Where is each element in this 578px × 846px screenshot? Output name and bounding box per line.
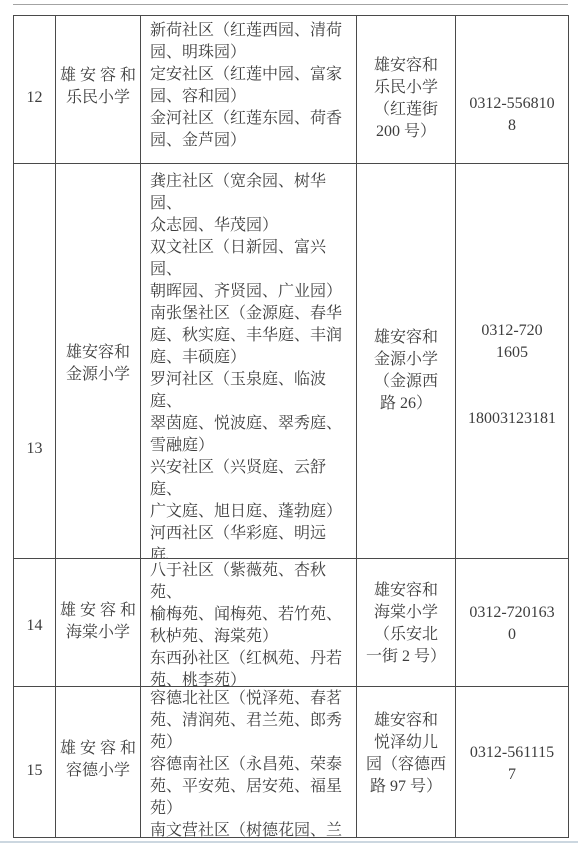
serial-cell: 13 xyxy=(14,164,56,559)
school-name-cell: 雄安容和 金源小学 xyxy=(56,164,141,559)
serial-cell: 12 xyxy=(14,16,56,164)
admission-school-cell: 雄安容和 乐民小学 （红莲街 200 号） xyxy=(357,16,456,164)
admission-school-cell: 雄安容和 海棠小学 （乐安北 一街 2 号） xyxy=(357,559,456,687)
previous-row-bottom-border xyxy=(13,4,568,5)
communities-cell: 新荷社区（红莲西园、清荷 园、明珠园） 定安社区（红莲中园、富家 园、容和园） … xyxy=(141,16,357,164)
document-page: 12 雄 安 容 和 乐民小学 新荷社区（红莲西园、清荷 园、明珠园） 定安社区… xyxy=(0,0,578,846)
school-name-cell: 雄 安 容 和 海棠小学 xyxy=(56,559,141,687)
serial-cell: 14 xyxy=(14,559,56,687)
school-admission-table: 12 雄 安 容 和 乐民小学 新荷社区（红莲西园、清荷 园、明珠园） 定安社区… xyxy=(13,15,569,838)
admission-school-cell: 雄安容和 悦泽幼儿 园（容德西 路 97 号） xyxy=(357,687,456,838)
serial-cell: 15 xyxy=(14,687,56,838)
communities-cell: 龚庄社区（宽余园、树华园、 众志园、华茂园） 双文社区（日新园、富兴园、 朝晖园… xyxy=(141,164,357,559)
phone-cell: 0312-720 1605 18003123181 xyxy=(456,164,569,559)
phone-cell: 0312-561115 7 xyxy=(456,687,569,838)
page-bottom-divider xyxy=(0,841,578,843)
school-name-cell: 雄 安 容 和 容德小学 xyxy=(56,687,141,838)
admission-school-cell: 雄安容和 金源小学 （金源西 路 26） xyxy=(357,164,456,559)
communities-cell: 容德北社区（悦泽苑、春茗 苑、清润苑、君兰苑、郎秀 苑） 容德南社区（永昌苑、荣… xyxy=(141,687,357,838)
school-name-cell: 雄 安 容 和 乐民小学 xyxy=(56,16,141,164)
phone-cell: 0312-556810 8 xyxy=(456,16,569,164)
communities-cell: 八于社区（紫薇苑、杏秋苑、 榆梅苑、闻梅苑、若竹苑、 秋栌苑、海棠苑） 东西孙社… xyxy=(141,559,357,687)
phone-cell: 0312-720163 0 xyxy=(456,559,569,687)
